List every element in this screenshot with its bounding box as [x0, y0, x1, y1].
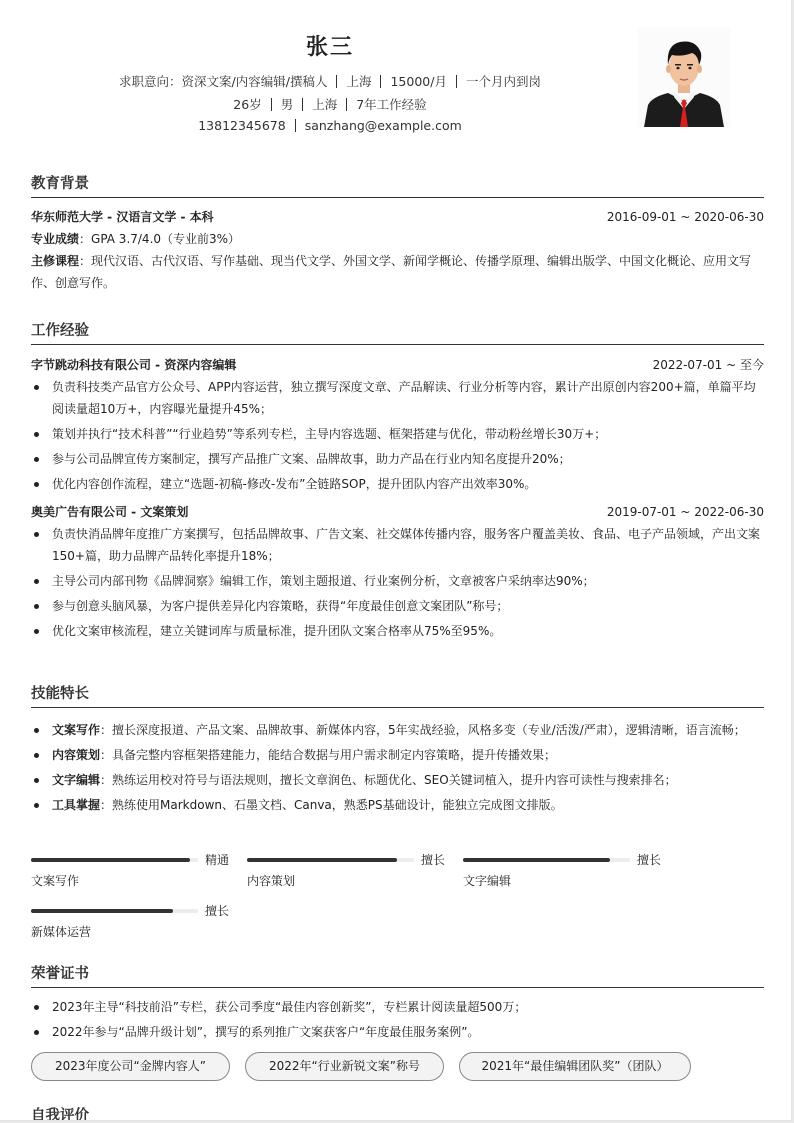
- section-title: 教育背景: [31, 172, 764, 198]
- education-entry: 华东师范大学 - 汉语言文学 - 本科 2016-09-01 ~ 2020-06…: [31, 206, 764, 228]
- list-item: 优化文案审核流程，建立关键词库与质量标准，提升团队文案合格率从75%至95%。: [31, 620, 764, 642]
- target-city: 上海: [346, 74, 371, 89]
- list-item: 负责快消品牌年度推广方案撰写，包括品牌故事、广告文案、社交媒体传播内容，服务客户…: [31, 523, 764, 567]
- location: 上海: [312, 97, 337, 112]
- job-entry: 字节跳动科技有限公司 - 资深内容编辑 2022-07-01 ~ 至今: [31, 354, 764, 376]
- personal-info-line: 26岁男上海7年工作经验: [0, 95, 660, 113]
- job-heading: 奥美广告有限公司 - 文案策划: [31, 505, 188, 519]
- skill-level: 精通: [205, 851, 229, 868]
- progress-fill: [247, 858, 397, 862]
- skill-bar: 擅长 文字编辑: [463, 852, 663, 892]
- job-intention: 求职意向：资深文案/内容编辑/撰稿人: [119, 74, 327, 89]
- resume-page: 张三 求职意向：资深文案/内容编辑/撰稿人上海15000/月一个月内到岗 26岁…: [0, 0, 792, 1121]
- progress-track: [247, 858, 414, 862]
- education-dates: 2016-09-01 ~ 2020-06-30: [607, 206, 764, 228]
- expected-salary: 15000/月: [390, 74, 446, 89]
- skill-name: 新媒体运营: [31, 923, 91, 940]
- list-item: 2022年参与“品牌升级计划”，撰写的系列推广文案获客户“年度最佳服务案例”。: [31, 1021, 764, 1043]
- divider: [336, 75, 337, 88]
- list-item: 文案写作：擅长深度报道、产品文案、品牌故事、新媒体内容，5年实战经验，风格多变（…: [31, 719, 764, 741]
- skill-label: 工具掌握: [52, 798, 100, 812]
- skill-level: 擅长: [205, 902, 229, 919]
- skill-name: 文案写作: [31, 872, 79, 889]
- job-bullets: 负责科技类产品官方公众号、APP内容运营，独立撰写深度文章、产品解读、行业分析等…: [31, 376, 764, 495]
- progress-track: [31, 858, 198, 862]
- work-section: 工作经验 字节跳动科技有限公司 - 资深内容编辑 2022-07-01 ~ 至今…: [31, 319, 764, 645]
- job-dates: 2019-07-01 ~ 2022-06-30: [607, 501, 764, 523]
- skill-text: ：熟练运用校对符号与语法规则，擅长文章润色、标题优化、SEO关键词植入，提升内容…: [100, 773, 677, 787]
- progress-track: [31, 909, 198, 913]
- list-item: 负责科技类产品官方公众号、APP内容运营，独立撰写深度文章、产品解读、行业分析等…: [31, 376, 764, 420]
- skill-name: 文字编辑: [463, 872, 511, 889]
- education-section: 教育背景 华东师范大学 - 汉语言文学 - 本科 2016-09-01 ~ 20…: [31, 172, 764, 294]
- courses-line: 主修课程：现代汉语、古代汉语、写作基础、现当代文学、外国文学、新闻学概论、传播学…: [31, 250, 764, 294]
- skill-text: ：擅长深度报道、产品文案、品牌故事、新媒体内容，5年实战经验，风格多变（专业/活…: [100, 723, 746, 737]
- section-title: 技能特长: [31, 682, 764, 708]
- list-item: 工具掌握：熟练使用Markdown、石墨文档、Canva，熟悉PS基础设计，能独…: [31, 794, 764, 816]
- progress-fill: [31, 909, 173, 913]
- list-item: 策划并执行“技术科普”“行业趋势”等系列专栏，主导内容选题、框架搭建与优化，带动…: [31, 423, 764, 445]
- job-intention-line: 求职意向：资深文案/内容编辑/撰稿人上海15000/月一个月内到岗: [0, 72, 660, 90]
- job-heading: 字节跳动科技有限公司 - 资深内容编辑: [31, 358, 236, 372]
- divider: [456, 75, 457, 88]
- avatar-illustration-icon: [638, 27, 730, 127]
- list-item: 参与创意头脑风暴，为客户提供差异化内容策略，获得“年度最佳创意文案团队”称号；: [31, 595, 764, 617]
- progress-fill: [31, 858, 190, 862]
- section-title: 工作经验: [31, 319, 764, 345]
- skill-bar: 擅长 新媒体运营: [31, 903, 231, 943]
- honor-tag: 2022年“行业新锐文案”称号: [245, 1052, 444, 1081]
- honor-tag: 2021年“最佳编辑团队奖”（团队）: [459, 1052, 691, 1081]
- experience-years: 7年工作经验: [356, 97, 426, 112]
- honors-list: 2023年主导“科技前沿”专栏，获公司季度“最佳内容创新奖”，专栏累计阅读量超5…: [31, 996, 764, 1043]
- gpa-label: 专业成绩: [31, 232, 79, 246]
- phone: 13812345678: [198, 118, 285, 133]
- honor-tag: 2023年度公司“金牌内容人”: [31, 1052, 230, 1081]
- courses-label: 主修课程: [31, 254, 79, 268]
- progress-track: [463, 858, 630, 862]
- self-evaluation-section: 自我评价: [31, 1104, 764, 1121]
- list-item: 内容策划：具备完整内容框架搭建能力，能结合数据与用户需求制定内容策略，提升传播效…: [31, 744, 764, 766]
- skills-section: 技能特长 文案写作：擅长深度报道、产品文案、品牌故事、新媒体内容，5年实战经验，…: [31, 682, 764, 819]
- list-item: 参与公司品牌宣传方案制定，撰写产品推广文案、品牌故事，助力产品在行业内知名度提升…: [31, 448, 764, 470]
- divider: [271, 98, 272, 111]
- divider: [346, 98, 347, 111]
- progress-fill: [463, 858, 610, 862]
- skill-label: 内容策划: [52, 748, 100, 762]
- age: 26岁: [233, 97, 261, 112]
- school-degree: 华东师范大学 - 汉语言文学 - 本科: [31, 210, 214, 224]
- list-item: 主导公司内部刊物《品牌洞察》编辑工作，策划主题报道、行业案例分析，文章被客户采纳…: [31, 570, 764, 592]
- divider: [295, 119, 296, 132]
- list-item: 2023年主导“科技前沿”专栏，获公司季度“最佳内容创新奖”，专栏累计阅读量超5…: [31, 996, 764, 1018]
- list-item: 优化内容创作流程，建立“选题-初稿-修改-发布”全链路SOP，提升团队内容产出效…: [31, 473, 764, 495]
- skill-bar: 擅长 内容策划: [247, 852, 447, 892]
- divider: [302, 98, 303, 111]
- skill-level: 擅长: [421, 851, 445, 868]
- contact-line: 13812345678sanzhang@example.com: [0, 118, 660, 133]
- availability: 一个月内到岗: [466, 74, 541, 89]
- skill-name: 内容策划: [247, 872, 295, 889]
- gpa-line: 专业成绩：GPA 3.7/4.0（专业前3%）: [31, 228, 764, 250]
- email: sanzhang@example.com: [305, 118, 462, 133]
- skill-label: 文字编辑: [52, 773, 100, 787]
- job-entry: 奥美广告有限公司 - 文案策划 2019-07-01 ~ 2022-06-30: [31, 501, 764, 523]
- avatar: [638, 27, 730, 127]
- skill-text: ：熟练使用Markdown、石墨文档、Canva，熟悉PS基础设计，能独立完成图…: [100, 798, 563, 812]
- candidate-name: 张三: [0, 30, 660, 61]
- honors-section: 荣誉证书 2023年主导“科技前沿”专栏，获公司季度“最佳内容创新奖”，专栏累计…: [31, 962, 764, 1046]
- gpa-value: ：GPA 3.7/4.0（专业前3%）: [79, 232, 240, 246]
- job-bullets: 负责快消品牌年度推广方案撰写，包括品牌故事、广告文案、社交媒体传播内容，服务客户…: [31, 523, 764, 642]
- resume-header: 张三 求职意向：资深文案/内容编辑/撰稿人上海15000/月一个月内到岗 26岁…: [0, 0, 791, 160]
- skill-text: ：具备完整内容框架搭建能力，能结合数据与用户需求制定内容策略，提升传播效果；: [100, 748, 556, 762]
- skill-level: 擅长: [637, 851, 661, 868]
- gender: 男: [281, 97, 294, 112]
- divider: [380, 75, 381, 88]
- section-title: 荣誉证书: [31, 962, 764, 988]
- skills-list: 文案写作：擅长深度报道、产品文案、品牌故事、新媒体内容，5年实战经验，风格多变（…: [31, 719, 764, 816]
- skill-bar: 精通 文案写作: [31, 852, 231, 892]
- list-item: 文字编辑：熟练运用校对符号与语法规则，擅长文章润色、标题优化、SEO关键词植入，…: [31, 769, 764, 791]
- courses-value: ：现代汉语、古代汉语、写作基础、现当代文学、外国文学、新闻学概论、传播学原理、编…: [31, 254, 751, 290]
- skill-label: 文案写作: [52, 723, 100, 737]
- section-title: 自我评价: [31, 1104, 764, 1121]
- job-dates: 2022-07-01 ~ 至今: [653, 354, 764, 376]
